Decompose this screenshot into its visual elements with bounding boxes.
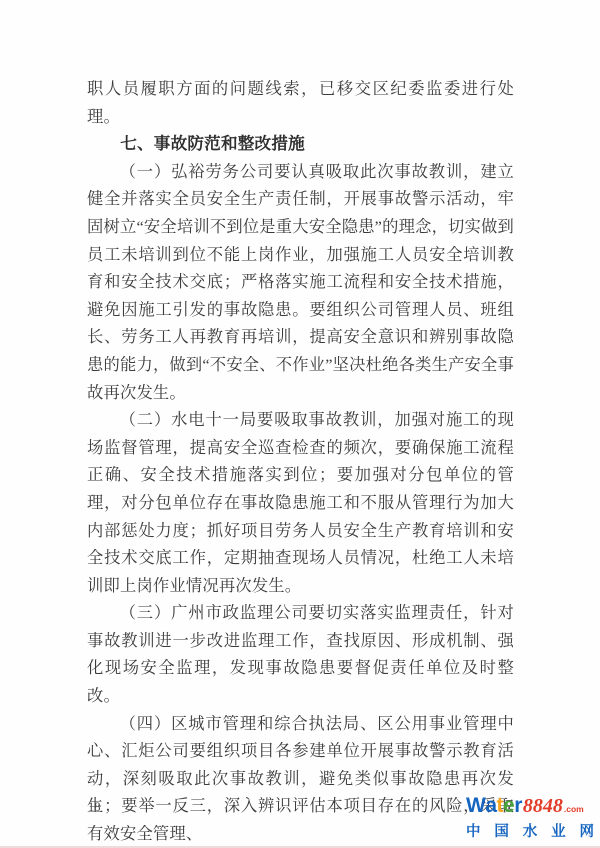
document-body: 职人员履职方面的问题线索，已移交区纪委监委进行处理。 七、事故防范和整改措施 （…: [87, 75, 514, 848]
scanned-document-page: 职人员履职方面的问题线索，已移交区纪委监委进行处理。 七、事故防范和整改措施 （…: [0, 0, 600, 848]
brand-letter-e: e: [503, 794, 514, 818]
tagline-char: 国: [494, 820, 509, 841]
tagline-char: 网: [580, 820, 595, 841]
brand-letter-a: a: [485, 794, 496, 818]
brand-letter-w: W: [466, 794, 485, 818]
brand-letter-r: r: [514, 794, 522, 818]
tagline-char: 业: [551, 820, 566, 841]
paragraph-item-1: （一）弘裕劳务公司要认真吸取此次事故教训，建立健全并落实全员安全生产责任制，开展…: [87, 158, 514, 406]
water8848-watermark-logo: W a t e r 8848 .com 中 国 水 业 网: [466, 794, 594, 841]
page-number: 18: [88, 800, 101, 815]
continuation-paragraph: 职人员履职方面的问题线索，已移交区纪委监委进行处理。: [87, 75, 514, 130]
brand-number-8848: 8848: [523, 795, 563, 818]
section-heading: 七、事故防范和整改措施: [87, 130, 514, 158]
brand-wordmark: W a t e r 8848 .com: [466, 794, 594, 818]
tagline-char: 水: [523, 820, 538, 841]
paragraph-item-3: （三）广州市政监理公司要切实落实监理责任，针对事故教训进一步改进监理工作，查找原…: [87, 599, 514, 709]
paragraph-item-4: （四）区城市管理和综合执法局、区公用事业管理中心、汇炬公司要组织项目各参建单位开…: [87, 710, 514, 848]
tagline-char: 中: [466, 820, 481, 841]
brand-tld-com: .com: [564, 804, 584, 814]
brand-tagline-cn: 中 国 水 业 网: [466, 820, 594, 841]
paragraph-item-2: （二）水电十一局要吸取事故教训，加强对施工的现场监督管理，提高安全巡查检查的频次…: [87, 406, 514, 599]
